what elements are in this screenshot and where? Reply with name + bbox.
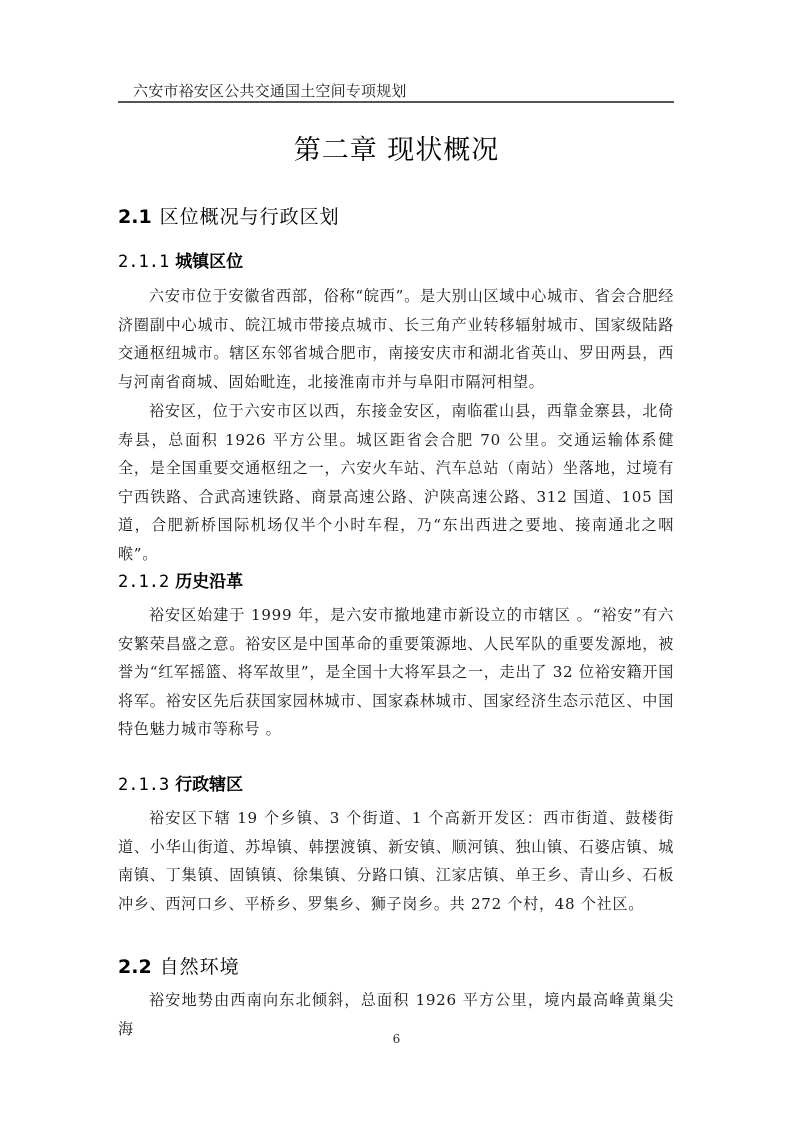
paragraph-administrative-divisions: 裕安区下辖 19 个乡镇、3 个街道、1 个高新开发区：西市街道、鼓楼街道、小华… xyxy=(118,804,674,918)
section-title: 自然环境 xyxy=(160,956,240,978)
header-divider xyxy=(118,101,674,103)
section-number: 2.2 xyxy=(118,956,152,978)
subsection-number: 2.1.1 xyxy=(118,252,169,272)
section-number: 2.1 xyxy=(118,206,152,228)
paragraph-city-location: 六安市位于安徽省西部，俗称“皖西”。是大别山区域中心城市、省会合肥经济圈副中心城… xyxy=(118,282,674,396)
subsection-heading-2-1-3: 2.1.3行政辖区 xyxy=(118,770,243,795)
document-page: 六安市裕安区公共交通国土空间专项规划 第二章 现状概况 2.1区位概况与行政区划… xyxy=(0,0,793,1122)
page-number: 6 xyxy=(0,1032,793,1046)
subsection-title: 历史沿革 xyxy=(175,572,243,592)
chapter-title: 第二章 现状概况 xyxy=(0,128,793,167)
subsection-title: 行政辖区 xyxy=(175,775,243,795)
section-title: 区位概况与行政区划 xyxy=(160,206,340,228)
subsection-number: 2.1.3 xyxy=(118,775,169,795)
running-header: 六安市裕安区公共交通国土空间专项规划 xyxy=(133,80,407,101)
subsection-number: 2.1.2 xyxy=(118,572,169,592)
section-heading-2-2: 2.2自然环境 xyxy=(118,952,240,979)
subsection-title: 城镇区位 xyxy=(175,252,243,272)
section-heading-2-1: 2.1区位概况与行政区划 xyxy=(118,202,340,229)
paragraph-history: 裕安区始建于 1999 年，是六安市撤地建市新设立的市辖区 。“裕安”有六安繁荣… xyxy=(118,601,674,744)
subsection-heading-2-1-1: 2.1.1城镇区位 xyxy=(118,247,243,272)
paragraph-yuan-district-location: 裕安区，位于六安市区以西，东接金安区，南临霍山县，西靠金寨县，北倚寿县，总面积 … xyxy=(118,397,674,569)
subsection-heading-2-1-2: 2.1.2历史沿革 xyxy=(118,567,243,592)
